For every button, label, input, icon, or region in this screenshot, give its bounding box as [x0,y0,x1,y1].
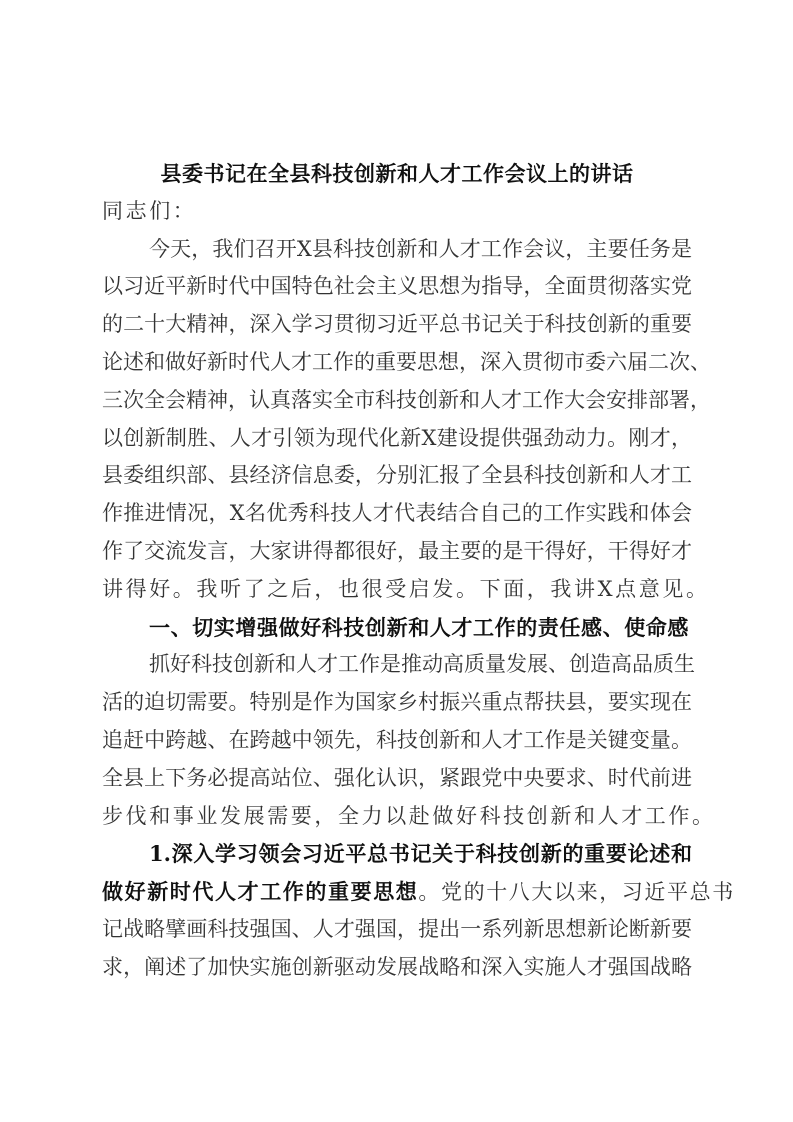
section-heading-1: 一、切实增强做好科技创新和人才工作的责任感、使命感 [102,609,692,647]
paragraph-line: 作推进情况，X名优秀科技人才代表结合自己的工作实践和体会 [102,495,692,533]
subsection-heading-line: 1.深入学习领会习近平总书记关于科技创新的重要论述和 [102,835,692,873]
paragraph-line: 以习近平新时代中国特色社会主义思想为指导，全面贯彻落实党 [102,268,692,306]
intro-paragraph: 今天，我们召开X县科技创新和人才工作会议，主要任务是 以习近平新时代中国特色社会… [102,231,692,609]
paragraph-line: 论述和做好新时代人才工作的重要思想，深入贯彻市委六届二次、 [102,344,692,382]
paragraph-line: 县委组织部、县经济信息委，分别汇报了全县科技创新和人才工 [102,457,692,495]
paragraph-line: 三次全会精神，认真落实全市科技创新和人才工作大会安排部署， [102,382,692,420]
paragraph-line: 活的迫切需要。特别是作为国家乡村振兴重点帮扶县，要实现在 [102,684,692,722]
paragraph-line: 追赶中跨越、在跨越中领先，科技创新和人才工作是关键变量。 [102,722,692,760]
document-page: 县委书记在全县科技创新和人才工作会议上的讲话 同志们： 今天，我们召开X县科技创… [102,155,692,987]
paragraph-line: 以创新制胜、人才引领为现代化新X建设提供强劲动力。刚才， [102,420,692,458]
paragraph-line: 求，阐述了加快实施创新驱动发展战略和深入实施人才强国战略 [102,949,692,987]
document-title: 县委书记在全县科技创新和人才工作会议上的讲话 [102,155,692,193]
paragraph-line: 步伐和事业发展需要，全力以赴做好科技创新和人才工作。 [102,798,692,836]
paragraph-line: 讲得好。我听了之后，也很受启发。下面，我讲X点意见。 [102,571,692,609]
subsection-mixed-line: 做好新时代人才工作的重要思想。党的十八大以来，习近平总书 [102,873,692,911]
subsection-text: 。党的十八大以来，习近平总书 [418,880,734,904]
paragraph-line: 全县上下务必提高站位、强化认识，紧跟党中央要求、时代前进 [102,760,692,798]
paragraph-line: 作了交流发言，大家讲得都很好，最主要的是干得好，干得好才 [102,533,692,571]
salutation: 同志们： [102,193,692,231]
section1-paragraph: 抓好科技创新和人才工作是推动高质量发展、创造高品质生 活的迫切需要。特别是作为国… [102,646,692,835]
paragraph-line: 的二十大精神，深入学习贯彻习近平总书记关于科技创新的重要 [102,306,692,344]
paragraph-line: 抓好科技创新和人才工作是推动高质量发展、创造高品质生 [102,646,692,684]
subsection-1: 1.深入学习领会习近平总书记关于科技创新的重要论述和 做好新时代人才工作的重要思… [102,835,692,986]
paragraph-line: 记战略擘画科技强国、人才强国，提出一系列新思想新论断新要 [102,911,692,949]
subsection-heading-rest: 做好新时代人才工作的重要思想 [102,879,418,904]
paragraph-line: 今天，我们召开X县科技创新和人才工作会议，主要任务是 [102,231,692,269]
